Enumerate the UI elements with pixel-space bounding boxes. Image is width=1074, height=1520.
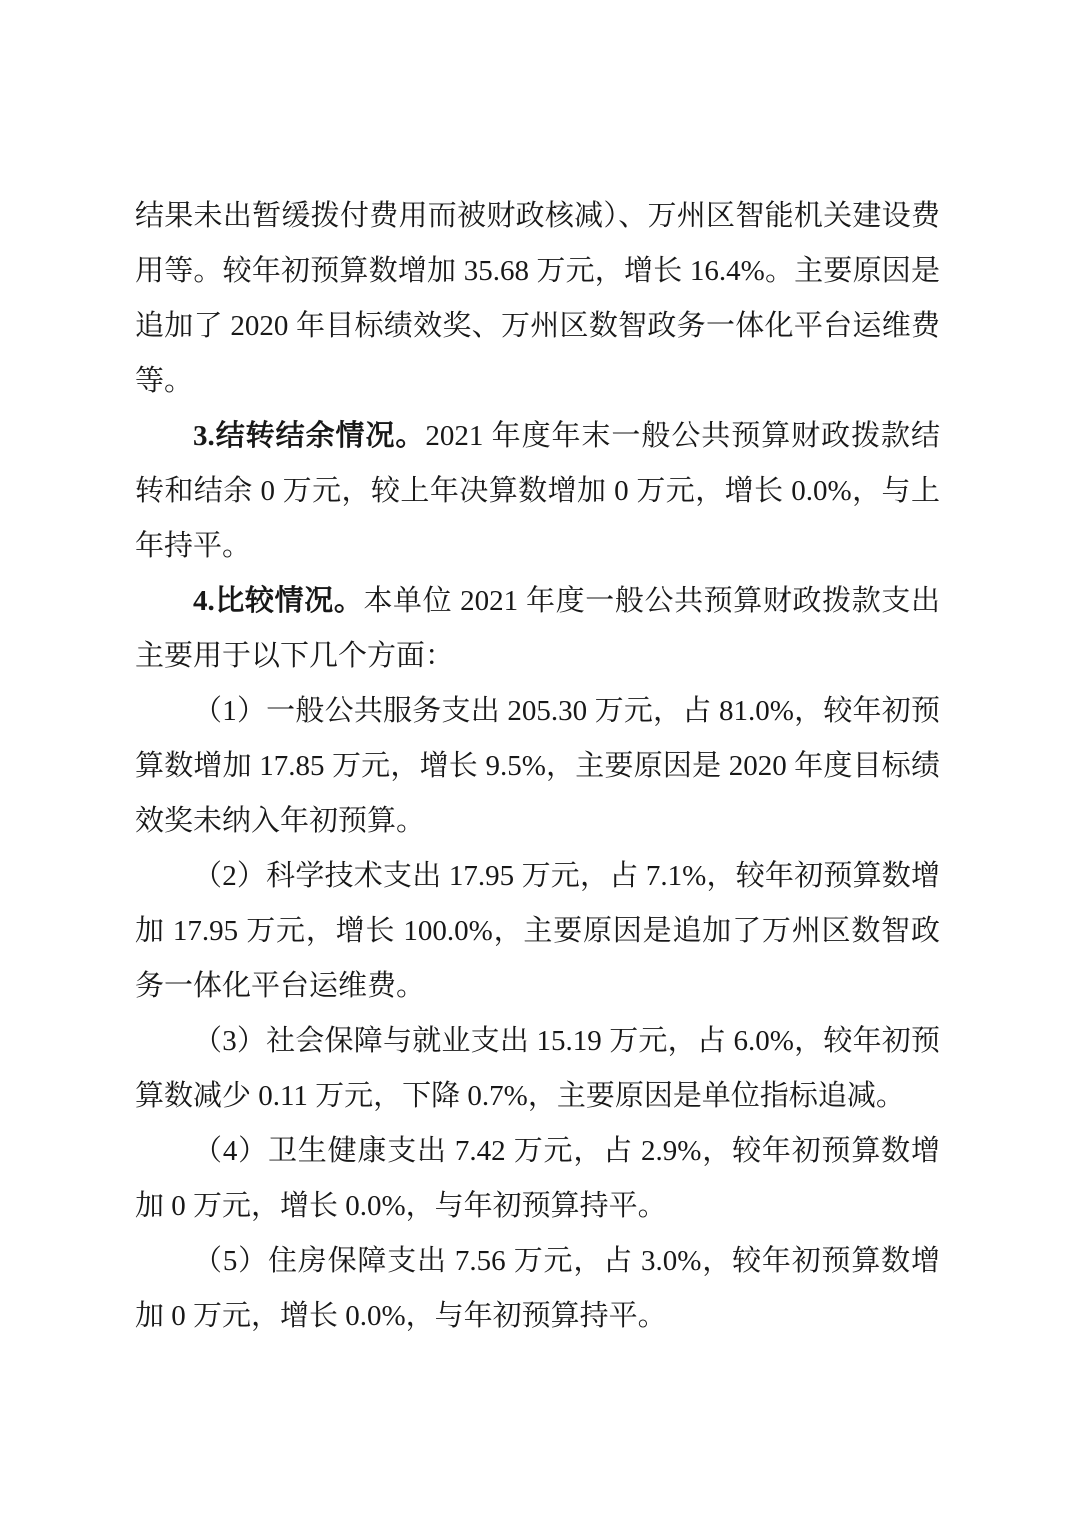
paragraph-item-4: （4）卫生健康支出 7.42 万元，占 2.9%，较年初预算数增加 0 万元，增…: [135, 1124, 940, 1234]
paragraph-section-4: 4.比较情况。本单位 2021 年度一般公共预算财政拨款支出主要用于以下几个方面…: [135, 574, 940, 684]
text-block: 结果未出暂缓拨付费用而被财政核减）、万州区智能机关建设费用等。较年初预算数增加 …: [135, 189, 940, 1344]
paragraph-item-1: （1）一般公共服务支出 205.30 万元，占 81.0%，较年初预算数增加 1…: [135, 684, 940, 849]
document-page: 结果未出暂缓拨付费用而被财政核减）、万州区智能机关建设费用等。较年初预算数增加 …: [0, 0, 1074, 1520]
section-heading-4: 4.比较情况。: [193, 585, 363, 617]
paragraph-item-5: （5）住房保障支出 7.56 万元，占 3.0%，较年初预算数增加 0 万元，增…: [135, 1234, 940, 1344]
paragraph-section-3: 3.结转结余情况。2021 年度年末一般公共预算财政拨款结转和结余 0 万元，较…: [135, 409, 940, 574]
paragraph-continuation: 结果未出暂缓拨付费用而被财政核减）、万州区智能机关建设费用等。较年初预算数增加 …: [135, 189, 940, 409]
section-heading-3: 3.结转结余情况。: [193, 420, 425, 452]
paragraph-item-2: （2）科学技术支出 17.95 万元，占 7.1%，较年初预算数增加 17.95…: [135, 849, 940, 1014]
paragraph-item-3: （3）社会保障与就业支出 15.19 万元，占 6.0%，较年初预算数减少 0.…: [135, 1014, 940, 1124]
